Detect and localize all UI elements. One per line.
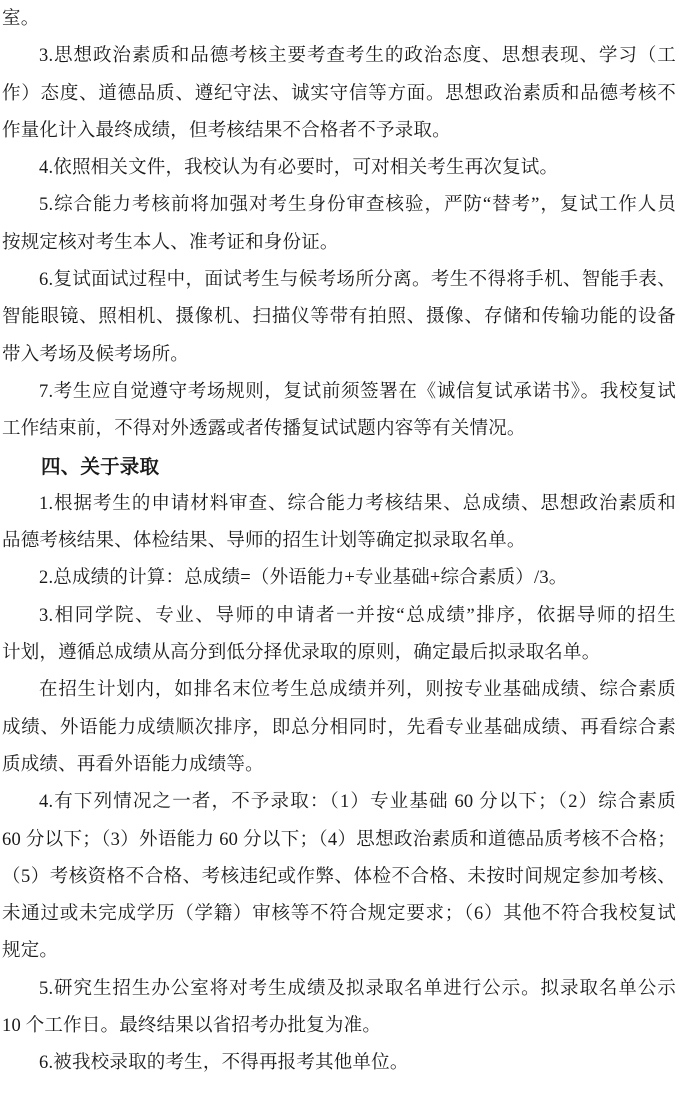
text-line: 3.思想政治素质和品德考核主要考查考生的政治态度、思想表现、学习（工 <box>2 38 676 75</box>
text-line: 4.依照相关文件，我校认为有必要时，可对相关考生再次复试。 <box>2 150 676 187</box>
text-line: 7.考生应自觉遵守考场规则，复试前须签署在《诚信复试承诺书》。我校复试 <box>2 374 676 411</box>
text-line: 带入考场及候考场所。 <box>2 337 676 374</box>
text-line: 品德考核结果、体检结果、导师的招生计划等确定拟录取名单。 <box>2 523 676 560</box>
text-line: 10 个工作日。最终结果以省招考办批复为准。 <box>2 1008 676 1045</box>
text-line: 未通过或未完成学历（学籍）审核等不符合规定要求；（6）其他不符合我校复试 <box>2 896 676 933</box>
text-line: 在招生计划内，如排名末位考生总成绩并列，则按专业基础成绩、综合素质 <box>2 672 676 709</box>
text-line: 作）态度、道德品质、遵纪守法、诚实守信等方面。思想政治素质和品德考核不 <box>2 76 676 113</box>
text-line: 质成绩、再看外语能力成绩等。 <box>2 747 676 784</box>
text-line: （5）考核资格不合格、考核违纪或作弊、体检不合格、未按时间规定参加考核、 <box>2 859 676 896</box>
text-line: 6.被我校录取的考生，不得再报考其他单位。 <box>2 1045 676 1082</box>
text-line: 室。 <box>2 1 676 38</box>
document-page: 室。3.思想政治素质和品德考核主要考查考生的政治态度、思想表现、学习（工作）态度… <box>0 0 679 1093</box>
text-line: 计划，遵循总成绩从高分到低分择优录取的原则，确定最后拟录取名单。 <box>2 635 676 672</box>
text-line: 1.根据考生的申请材料审查、综合能力考核结果、总成绩、思想政治素质和 <box>2 486 676 523</box>
text-line: 成绩、外语能力成绩顺次排序，即总分相同时，先看专业基础成绩、再看综合素 <box>2 710 676 747</box>
text-line: 6.复试面试过程中，面试考生与候考场所分离。考生不得将手机、智能手表、 <box>2 262 676 299</box>
text-line: 按规定核对考生本人、准考证和身份证。 <box>2 225 676 262</box>
section-heading: 四、关于录取 <box>2 449 676 486</box>
text-line: 2.总成绩的计算：总成绩=（外语能力+专业基础+综合素质）/3。 <box>2 560 676 597</box>
text-line: 4.有下列情况之一者，不予录取：（1）专业基础 60 分以下；（2）综合素质 <box>2 784 676 821</box>
text-line: 60 分以下；（3）外语能力 60 分以下；（4）思想政治素质和道德品质考核不合… <box>2 822 676 859</box>
text-line: 3.相同学院、专业、导师的申请者一并按“总成绩”排序，依据导师的招生 <box>2 598 676 635</box>
text-line: 工作结束前，不得对外透露或者传播复试试题内容等有关情况。 <box>2 411 676 448</box>
text-line: 智能眼镜、照相机、摄像机、扫描仪等带有拍照、摄像、存储和传输功能的设备 <box>2 299 676 336</box>
text-line: 5.综合能力考核前将加强对考生身份审查核验，严防“替考”，复试工作人员 <box>2 187 676 224</box>
text-line: 5.研究生招生办公室将对考生成绩及拟录取名单进行公示。拟录取名单公示 <box>2 971 676 1008</box>
document-body: 室。3.思想政治素质和品德考核主要考查考生的政治态度、思想表现、学习（工作）态度… <box>2 1 676 1083</box>
text-line: 作量化计入最终成绩，但考核结果不合格者不予录取。 <box>2 113 676 150</box>
text-line: 规定。 <box>2 933 676 970</box>
